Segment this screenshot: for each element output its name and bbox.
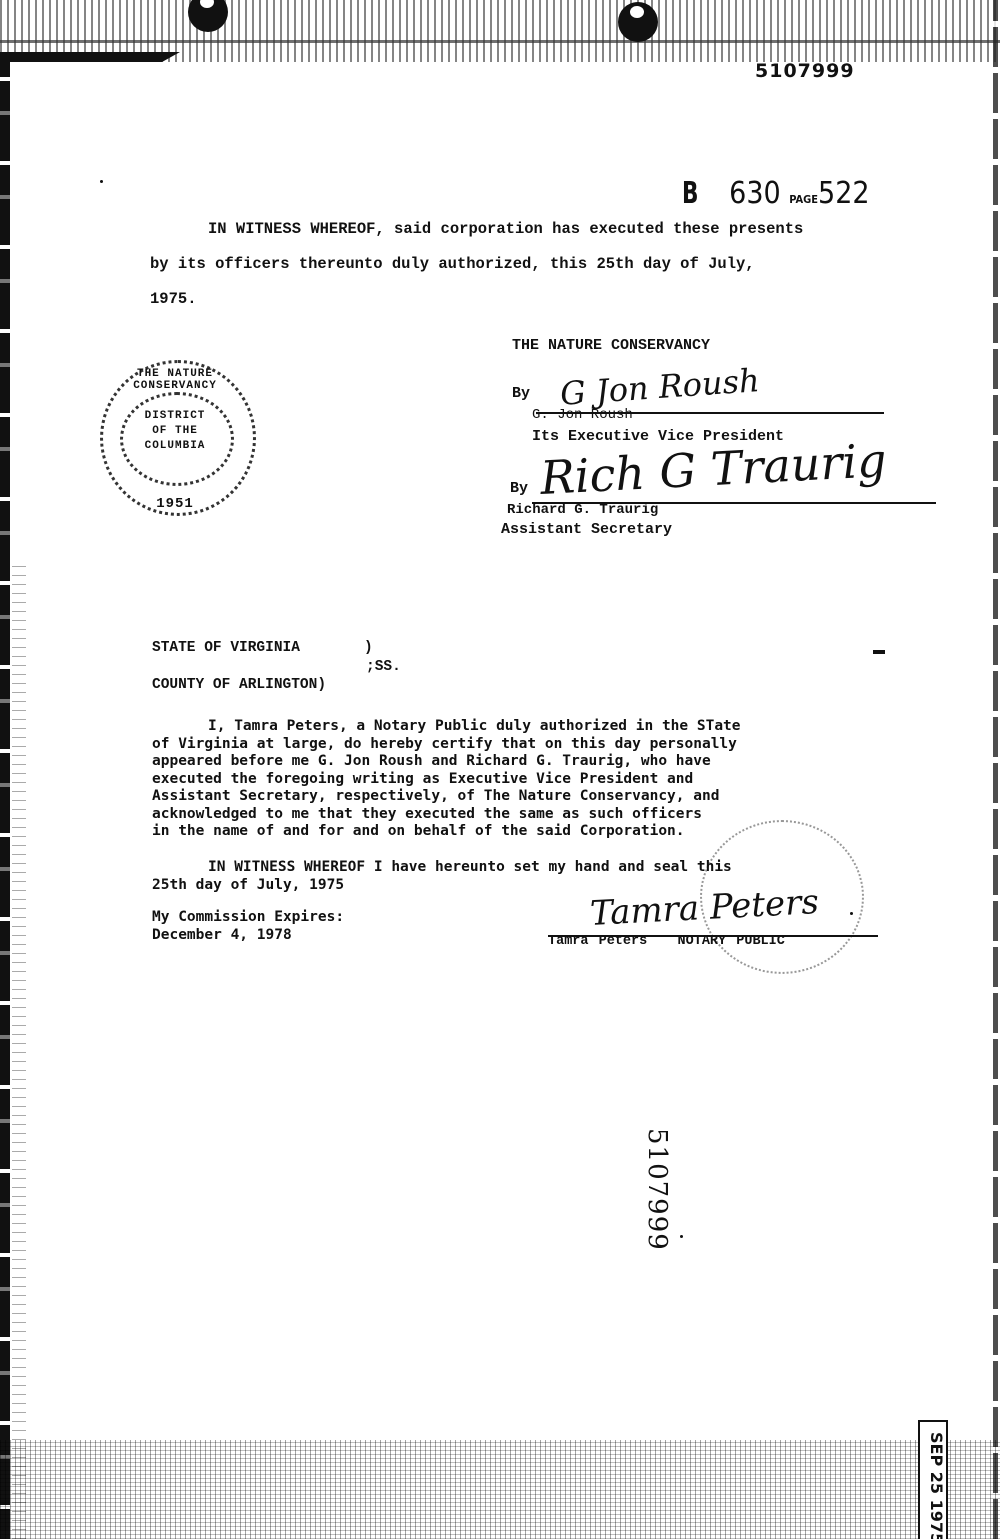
corporate-seal-inner-ring bbox=[120, 392, 234, 486]
attestation-line: 1975. bbox=[150, 282, 940, 317]
venue-state: STATE OF VIRGINIA bbox=[152, 640, 300, 656]
certificate-line: executed the foregoing writing as Execut… bbox=[152, 771, 912, 789]
scan-speck bbox=[850, 912, 853, 915]
venue-county-name: COUNTY OF ARLINGTON bbox=[152, 677, 317, 693]
notary-name: Tamra Peters bbox=[548, 934, 647, 949]
notary-name-title: Tamra Peters NOTARY PUBLIC bbox=[548, 934, 785, 949]
witness-line: IN WITNESS WHEREOF I have hereunto set m… bbox=[152, 858, 912, 876]
scan-speck bbox=[680, 1235, 683, 1238]
signatory-title: Assistant Secretary bbox=[501, 521, 672, 538]
received-date-stamp: SEP 25 1975 bbox=[927, 1432, 946, 1539]
book-label: B bbox=[682, 176, 698, 211]
notary-certificate: I, Tamra Peters, a Notary Public duly au… bbox=[152, 718, 912, 841]
attestation-line: by its officers thereunto duly authorize… bbox=[150, 247, 940, 282]
certificate-line: Assistant Secretary, respectively, of Th… bbox=[152, 788, 912, 806]
certificate-line: I, Tamra Peters, a Notary Public duly au… bbox=[152, 718, 912, 736]
signature-roush: G Jon Roush bbox=[559, 361, 761, 413]
commission-date: December 4, 1978 bbox=[152, 926, 344, 944]
book-number: 630 bbox=[729, 176, 781, 211]
attestation-paragraph: IN WITNESS WHEREOF, said corporation has… bbox=[150, 212, 940, 317]
instrument-number-stamp: 5107999 bbox=[642, 1128, 672, 1251]
scan-edge-right bbox=[993, 0, 998, 1539]
by-label: By bbox=[510, 480, 528, 497]
notary-title: NOTARY PUBLIC bbox=[678, 934, 785, 949]
scan-line-top bbox=[0, 40, 1000, 43]
certificate-line: in the name of and for and on behalf of … bbox=[152, 823, 912, 841]
seal-center-line: DISTRICT bbox=[130, 410, 220, 422]
page-number: 522 bbox=[818, 176, 870, 211]
scan-noise-left bbox=[12, 560, 26, 1539]
scan-mark bbox=[873, 650, 885, 654]
scan-noise-bottom bbox=[0, 1440, 1000, 1539]
punch-hole-right bbox=[618, 2, 658, 42]
by-label: By bbox=[512, 385, 530, 402]
seal-center-line: OF THE bbox=[130, 425, 220, 437]
document-number: 5107999 bbox=[755, 60, 855, 82]
venue-ss: ;SS. bbox=[366, 659, 401, 675]
venue-bracket: ) bbox=[364, 640, 373, 656]
scan-edge-left bbox=[0, 60, 10, 1539]
certificate-line: appeared before me G. Jon Roush and Rich… bbox=[152, 753, 912, 771]
venue-county: COUNTY OF ARLINGTON) bbox=[152, 677, 326, 693]
signatory-name: Richard G. Traurig bbox=[507, 502, 658, 518]
commission-expiry: My Commission Expires: December 4, 1978 bbox=[152, 908, 344, 944]
scan-speck bbox=[100, 180, 103, 183]
organization-name: THE NATURE CONSERVANCY bbox=[512, 337, 710, 354]
commission-label: My Commission Expires: bbox=[152, 908, 344, 926]
certificate-line: acknowledged to me that they executed th… bbox=[152, 806, 912, 824]
book-page-stamp: B 630 PAGE522 bbox=[680, 176, 870, 211]
page-label: PAGE bbox=[789, 193, 818, 206]
scan-rule-top-left bbox=[0, 52, 180, 62]
seal-center-line: COLUMBIA bbox=[130, 440, 220, 452]
seal-year: 1951 bbox=[140, 496, 210, 512]
certificate-line: of Virginia at large, do hereby certify … bbox=[152, 736, 912, 754]
signatory-name: G. Jon Roush bbox=[532, 407, 633, 423]
seal-ring-text: THE NATURE CONSERVANCY bbox=[115, 368, 235, 392]
attestation-line: IN WITNESS WHEREOF, said corporation has… bbox=[150, 212, 940, 247]
